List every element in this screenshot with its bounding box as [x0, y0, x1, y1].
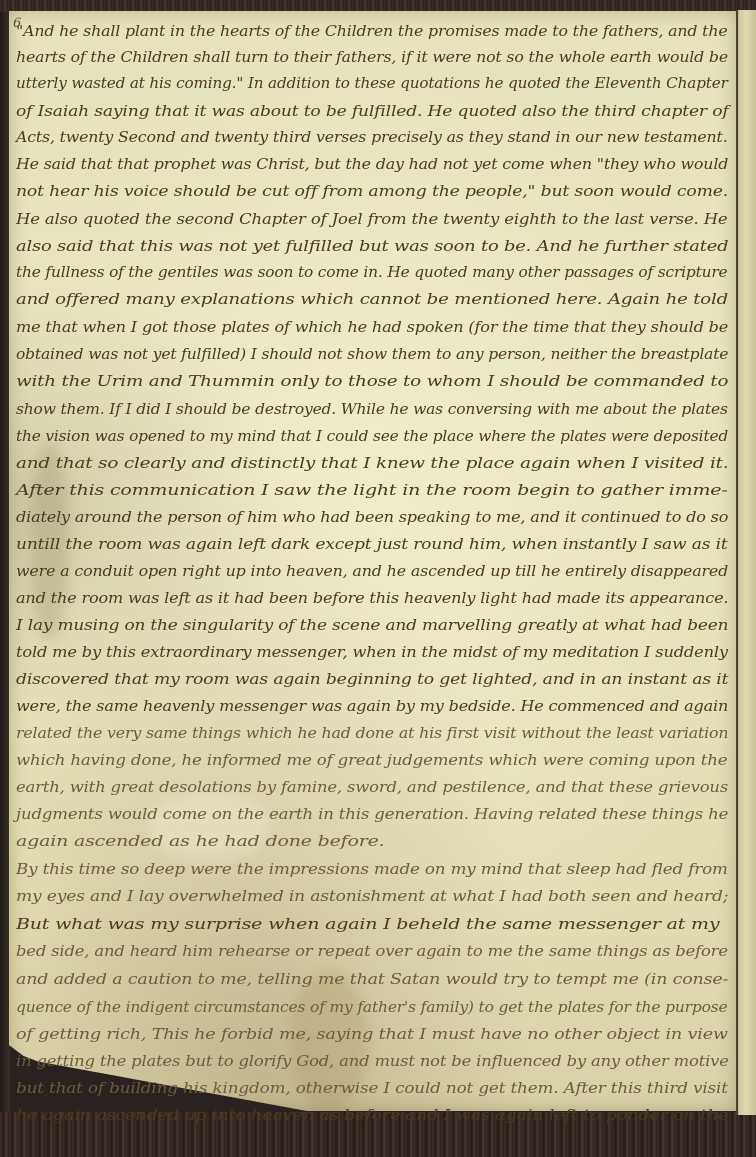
text-line: discovered that my room was again beginn…: [16, 670, 728, 688]
text-line: which having done, he informed me of gre…: [16, 751, 727, 769]
text-line: show them. If I did I should be destroye…: [16, 400, 728, 418]
text-line: quence of the indigent circumstances of …: [16, 998, 728, 1016]
text-line: my eyes and I lay overwhelmed in astonis…: [16, 887, 728, 905]
text-line: related the very same things which he ha…: [16, 724, 728, 742]
text-line: with the Urim and Thummin only to those …: [16, 372, 728, 390]
text-line: the vision was opened to my mind that I …: [16, 427, 728, 445]
text-line: obtained was not yet fulfilled) I should…: [16, 345, 728, 363]
text-line: judgments would come on the earth in thi…: [16, 805, 728, 823]
text-line: After this communication I saw the light…: [16, 481, 728, 499]
text-line: He said that that prophet was Christ, bu…: [16, 155, 728, 173]
facing-page-edge: [736, 10, 756, 1115]
text-line: utterly wasted at his coming." In additi…: [16, 74, 728, 92]
text-line: and added a caution to me, telling me th…: [16, 970, 728, 988]
text-line: in getting the plates but to glorify God…: [16, 1052, 729, 1070]
paper-stain: [149, 791, 269, 861]
text-line: not hear his voice should be cut off fro…: [16, 182, 728, 200]
text-line: and offered many explanations which cann…: [16, 290, 728, 308]
text-line: were a conduit open right up into heaven…: [16, 562, 728, 580]
text-line: untill the room was again left dark exce…: [16, 535, 728, 553]
text-line: he again ascended up into heaven as befo…: [16, 1106, 728, 1124]
page-gutter: [736, 10, 738, 1115]
text-line: also said that this was not yet fulfille…: [16, 237, 728, 255]
text-line: earth, with great desolations by famine,…: [16, 778, 728, 796]
text-line: but that of building his kingdom, otherw…: [16, 1079, 728, 1097]
text-line: "And he shall plant in the hearts of the…: [16, 22, 728, 40]
text-line: By this time so deep were the impression…: [16, 860, 728, 878]
text-line: me that when I got those plates of which…: [16, 318, 728, 336]
text-line: were, the same heavenly messenger was ag…: [16, 697, 728, 715]
text-line: told me by this extraordinary messenger,…: [16, 643, 728, 661]
text-line: and the room was left as it had been bef…: [16, 589, 728, 607]
text-line: hearts of the Children shall turn to the…: [16, 48, 728, 66]
text-line: and that so clearly and distinctly that …: [16, 454, 729, 472]
text-line: Acts, twenty Second and twenty third ver…: [16, 128, 728, 146]
text-line: the fullness of the gentiles was soon to…: [16, 263, 727, 281]
text-line: I lay musing on the singularity of the s…: [16, 616, 728, 634]
text-line: diately around the person of him who had…: [16, 508, 728, 526]
text-line: of getting rich, This he forbid me, sayi…: [16, 1025, 728, 1043]
book-binding-left: [0, 0, 10, 1157]
text-line: He also quoted the second Chapter of Joe…: [16, 210, 728, 228]
text-line: bed side, and heard him rehearse or repe…: [16, 942, 728, 960]
text-line: of Isaiah saying that it was about to be…: [16, 102, 729, 120]
text-line: again ascended as he had done before.: [16, 832, 385, 850]
text-line: But what was my surprise when again I be…: [16, 915, 719, 933]
book-binding-top: [0, 0, 756, 12]
